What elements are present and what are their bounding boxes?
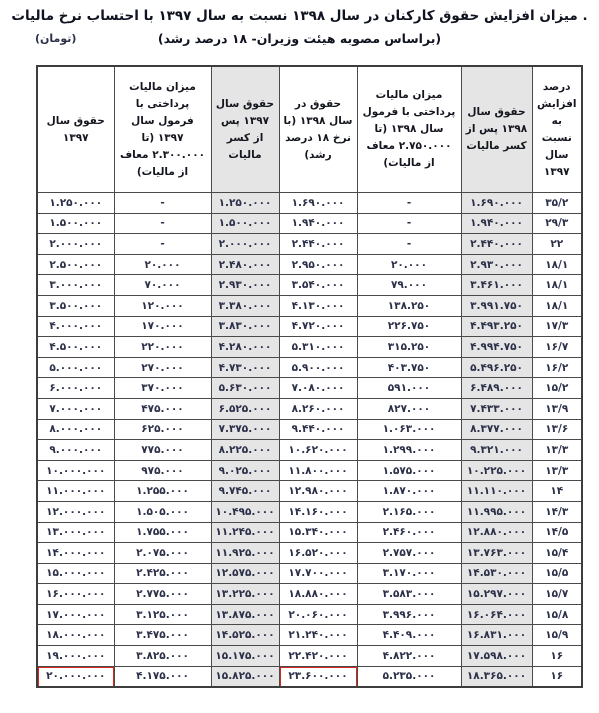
- cell-salary-1397: ۲۰.۰۰۰.۰۰۰: [37, 666, 114, 687]
- cell-tax-1398: ۲۲۶.۷۵۰: [357, 316, 461, 337]
- cell-tax-1397: ۳.۴۷۵.۰۰۰: [114, 625, 211, 646]
- cell-salary-1398: ۵.۳۱۰.۰۰۰: [279, 337, 357, 358]
- cell-tax-1397: ۲.۷۷۵.۰۰۰: [114, 584, 211, 605]
- cell-percent-increase: ۱۵/۲: [532, 378, 582, 399]
- cell-percent-increase: ۱۵/۹: [532, 625, 582, 646]
- cell-tax-1397: ۱.۵۰۵.۰۰۰: [114, 501, 211, 522]
- cell-net-salary-1397: ۱۴.۵۲۵.۰۰۰: [211, 625, 279, 646]
- cell-net-salary-1397: ۸.۲۲۵.۰۰۰: [211, 440, 279, 461]
- cell-salary-1397: ۹.۰۰۰.۰۰۰: [37, 440, 114, 461]
- cell-tax-1397: ۲۲۰.۰۰۰: [114, 337, 211, 358]
- cell-salary-1397: ۱۲.۰۰۰.۰۰۰: [37, 501, 114, 522]
- cell-tax-1398: ۳.۱۷۰.۰۰۰: [357, 563, 461, 584]
- cell-tax-1398: ۱.۲۹۹.۰۰۰: [357, 440, 461, 461]
- subtitle-row: (براساس مصوبه هیئت وزیران- ۱۸ درصد رشد) …: [0, 31, 599, 55]
- cell-percent-increase: ۱۵/۷: [532, 584, 582, 605]
- cell-net-salary-1398: ۲.۴۴۰.۰۰۰: [461, 234, 532, 255]
- cell-salary-1397: ۱۴.۰۰۰.۰۰۰: [37, 543, 114, 564]
- cell-salary-1397: ۱.۲۵۰.۰۰۰: [37, 193, 114, 214]
- cell-salary-1397: ۲.۰۰۰.۰۰۰: [37, 234, 114, 255]
- cell-salary-1398: ۱۱.۸۰۰.۰۰۰: [279, 460, 357, 481]
- cell-tax-1397: -: [114, 234, 211, 255]
- cell-salary-1398: ۲۲.۴۲۰.۰۰۰: [279, 646, 357, 667]
- cell-net-salary-1397: ۱۰.۴۹۵.۰۰۰: [211, 501, 279, 522]
- cell-salary-1398: ۳.۵۴۰.۰۰۰: [279, 275, 357, 296]
- cell-salary-1397: ۱۹.۰۰۰.۰۰۰: [37, 646, 114, 667]
- cell-tax-1398: ۳.۵۸۳.۰۰۰: [357, 584, 461, 605]
- cell-salary-1398: ۱.۶۹۰.۰۰۰: [279, 193, 357, 214]
- cell-net-salary-1398: ۶.۴۸۹.۰۰۰: [461, 378, 532, 399]
- cell-percent-increase: ۱۶/۲: [532, 357, 582, 378]
- table-row: ۱۳/۶۸.۳۷۷.۰۰۰۱.۰۶۳.۰۰۰۹.۴۴۰.۰۰۰۷.۳۷۵.۰۰۰…: [37, 419, 582, 440]
- table-body: ۳۵/۲۱.۶۹۰.۰۰۰-۱.۶۹۰.۰۰۰۱.۲۵۰.۰۰۰-۱.۲۵۰.۰…: [37, 193, 582, 688]
- cell-net-salary-1397: ۲.۰۰۰.۰۰۰: [211, 234, 279, 255]
- cell-percent-increase: ۳۵/۲: [532, 193, 582, 214]
- cell-net-salary-1397: ۴.۷۳۰.۰۰۰: [211, 357, 279, 378]
- cell-percent-increase: ۲۹/۳: [532, 213, 582, 234]
- cell-tax-1398: ۴.۴۰۹.۰۰۰: [357, 625, 461, 646]
- cell-tax-1397: ۴.۱۷۵.۰۰۰: [114, 666, 211, 687]
- cell-net-salary-1397: ۱۱.۹۲۵.۰۰۰: [211, 543, 279, 564]
- table-row: ۱۵/۴۱۳.۷۶۳.۰۰۰۲.۷۵۷.۰۰۰۱۶.۵۲۰.۰۰۰۱۱.۹۲۵.…: [37, 543, 582, 564]
- cell-salary-1397: ۸.۰۰۰.۰۰۰: [37, 419, 114, 440]
- cell-net-salary-1398: ۱۵.۲۹۷.۰۰۰: [461, 584, 532, 605]
- cell-salary-1397: ۱.۵۰۰.۰۰۰: [37, 213, 114, 234]
- cell-net-salary-1397: ۱.۵۰۰.۰۰۰: [211, 213, 279, 234]
- cell-tax-1398: -: [357, 193, 461, 214]
- cell-percent-increase: ۱۵/۴: [532, 543, 582, 564]
- cell-net-salary-1398: ۱۷.۵۹۸.۰۰۰: [461, 646, 532, 667]
- cell-net-salary-1398: ۱۱.۹۹۵.۰۰۰: [461, 501, 532, 522]
- page-title: . میزان افزایش حقوق کارکنان در سال ۱۳۹۸ …: [8, 8, 591, 24]
- cell-tax-1397: ۴۷۵.۰۰۰: [114, 398, 211, 419]
- table-row: ۱۵/۷۱۵.۲۹۷.۰۰۰۳.۵۸۳.۰۰۰۱۸.۸۸۰.۰۰۰۱۳.۲۲۵.…: [37, 584, 582, 605]
- cell-percent-increase: ۱۶: [532, 666, 582, 687]
- cell-salary-1397: ۴.۰۰۰.۰۰۰: [37, 316, 114, 337]
- cell-net-salary-1398: ۱۴.۵۳۰.۰۰۰: [461, 563, 532, 584]
- cell-salary-1398: ۲۰.۰۶۰.۰۰۰: [279, 604, 357, 625]
- cell-salary-1397: ۱۷.۰۰۰.۰۰۰: [37, 604, 114, 625]
- cell-percent-increase: ۱۷/۳: [532, 316, 582, 337]
- cell-tax-1398: -: [357, 213, 461, 234]
- cell-salary-1397: ۱۱.۰۰۰.۰۰۰: [37, 481, 114, 502]
- cell-salary-1397: ۵.۰۰۰.۰۰۰: [37, 357, 114, 378]
- cell-salary-1397: ۱۶.۰۰۰.۰۰۰: [37, 584, 114, 605]
- table-row: ۱۳/۳۱۰.۲۲۵.۰۰۰۱.۵۷۵.۰۰۰۱۱.۸۰۰.۰۰۰۹.۰۲۵.۰…: [37, 460, 582, 481]
- cell-tax-1397: ۷۷۵.۰۰۰: [114, 440, 211, 461]
- cell-salary-1398: ۱۰.۶۲۰.۰۰۰: [279, 440, 357, 461]
- cell-net-salary-1398: ۳.۴۶۱.۰۰۰: [461, 275, 532, 296]
- cell-net-salary-1397: ۱.۲۵۰.۰۰۰: [211, 193, 279, 214]
- document-page: . میزان افزایش حقوق کارکنان در سال ۱۳۹۸ …: [0, 8, 599, 713]
- cell-tax-1397: ۱.۲۵۵.۰۰۰: [114, 481, 211, 502]
- cell-tax-1398: ۳۱۵.۲۵۰: [357, 337, 461, 358]
- cell-salary-1398: ۱۶.۵۲۰.۰۰۰: [279, 543, 357, 564]
- table-row: ۱۸/۱۳.۹۹۱.۷۵۰۱۳۸.۲۵۰۴.۱۳۰.۰۰۰۳.۳۸۰.۰۰۰۱۲…: [37, 295, 582, 316]
- cell-tax-1398: ۱۳۸.۲۵۰: [357, 295, 461, 316]
- table-row: ۲۹/۳۱.۹۴۰.۰۰۰-۱.۹۴۰.۰۰۰۱.۵۰۰.۰۰۰-۱.۵۰۰.۰…: [37, 213, 582, 234]
- cell-tax-1397: ۲۷۰.۰۰۰: [114, 357, 211, 378]
- cell-net-salary-1397: ۱۵.۱۷۵.۰۰۰: [211, 646, 279, 667]
- cell-tax-1397: -: [114, 213, 211, 234]
- table-row: ۱۵/۲۶.۴۸۹.۰۰۰۵۹۱.۰۰۰۷.۰۸۰.۰۰۰۵.۶۳۰.۰۰۰۳۷…: [37, 378, 582, 399]
- cell-tax-1398: ۵۹۱.۰۰۰: [357, 378, 461, 399]
- column-header-salary-1398: حقوق در سال ۱۳۹۸ (با نرخ ۱۸ درصد رشد): [279, 66, 357, 193]
- cell-tax-1397: ۱۷۰.۰۰۰: [114, 316, 211, 337]
- cell-net-salary-1397: ۲.۹۳۰.۰۰۰: [211, 275, 279, 296]
- cell-tax-1397: ۷۰.۰۰۰: [114, 275, 211, 296]
- cell-tax-1398: ۲۰.۰۰۰: [357, 254, 461, 275]
- cell-tax-1397: ۲.۰۷۵.۰۰۰: [114, 543, 211, 564]
- cell-net-salary-1397: ۳.۸۳۰.۰۰۰: [211, 316, 279, 337]
- cell-net-salary-1397: ۶.۵۲۵.۰۰۰: [211, 398, 279, 419]
- cell-net-salary-1398: ۹.۳۲۱.۰۰۰: [461, 440, 532, 461]
- cell-tax-1397: ۳.۸۲۵.۰۰۰: [114, 646, 211, 667]
- cell-net-salary-1397: ۱۲.۵۷۵.۰۰۰: [211, 563, 279, 584]
- table-row: ۱۶۱۷.۵۹۸.۰۰۰۴.۸۲۲.۰۰۰۲۲.۴۲۰.۰۰۰۱۵.۱۷۵.۰۰…: [37, 646, 582, 667]
- cell-tax-1398: ۳.۹۹۶.۰۰۰: [357, 604, 461, 625]
- table-row: ۲۲۲.۴۴۰.۰۰۰-۲.۴۴۰.۰۰۰۲.۰۰۰.۰۰۰-۲.۰۰۰.۰۰۰: [37, 234, 582, 255]
- cell-tax-1397: ۳۷۰.۰۰۰: [114, 378, 211, 399]
- salary-increase-table: درصد افزایش به نسبت سال ۱۳۹۷ حقوق سال ۱۳…: [36, 65, 583, 688]
- cell-tax-1398: ۲.۴۶۰.۰۰۰: [357, 522, 461, 543]
- cell-salary-1398: ۲.۴۴۰.۰۰۰: [279, 234, 357, 255]
- cell-salary-1398: ۱۴.۱۶۰.۰۰۰: [279, 501, 357, 522]
- cell-net-salary-1398: ۱۳.۷۶۳.۰۰۰: [461, 543, 532, 564]
- header-row: درصد افزایش به نسبت سال ۱۳۹۷ حقوق سال ۱۳…: [37, 66, 582, 193]
- table-row: ۳۵/۲۱.۶۹۰.۰۰۰-۱.۶۹۰.۰۰۰۱.۲۵۰.۰۰۰-۱.۲۵۰.۰…: [37, 193, 582, 214]
- table-row: ۱۴۱۱.۱۱۰.۰۰۰۱.۸۷۰.۰۰۰۱۲.۹۸۰.۰۰۰۹.۷۴۵.۰۰۰…: [37, 481, 582, 502]
- cell-salary-1398: ۱۸.۸۸۰.۰۰۰: [279, 584, 357, 605]
- cell-percent-increase: ۱۳/۳: [532, 440, 582, 461]
- page-subtitle: (براساس مصوبه هیئت وزیران- ۱۸ درصد رشد): [0, 31, 599, 46]
- cell-tax-1398: ۵.۲۳۵.۰۰۰: [357, 666, 461, 687]
- cell-tax-1397: ۲.۴۲۵.۰۰۰: [114, 563, 211, 584]
- cell-net-salary-1398: ۳.۹۹۱.۷۵۰: [461, 295, 532, 316]
- column-header-tax-1397: میزان مالیات پرداختی با فرمول سال ۱۳۹۷ (…: [114, 66, 211, 193]
- cell-net-salary-1398: ۴.۹۹۴.۷۵۰: [461, 337, 532, 358]
- cell-salary-1397: ۷.۰۰۰.۰۰۰: [37, 398, 114, 419]
- cell-net-salary-1397: ۲.۴۸۰.۰۰۰: [211, 254, 279, 275]
- cell-net-salary-1398: ۱.۹۴۰.۰۰۰: [461, 213, 532, 234]
- cell-percent-increase: ۱۸/۱: [532, 295, 582, 316]
- table-row: ۱۷/۳۴.۴۹۳.۲۵۰۲۲۶.۷۵۰۴.۷۲۰.۰۰۰۳.۸۳۰.۰۰۰۱۷…: [37, 316, 582, 337]
- cell-tax-1397: ۲۰.۰۰۰: [114, 254, 211, 275]
- cell-salary-1397: ۲.۵۰۰.۰۰۰: [37, 254, 114, 275]
- cell-salary-1397: ۴.۵۰۰.۰۰۰: [37, 337, 114, 358]
- cell-salary-1398: ۲.۹۵۰.۰۰۰: [279, 254, 357, 275]
- cell-salary-1398: ۲۳.۶۰۰.۰۰۰: [279, 666, 357, 687]
- cell-tax-1398: ۴.۸۲۲.۰۰۰: [357, 646, 461, 667]
- table-row: ۱۴/۳۱۱.۹۹۵.۰۰۰۲.۱۶۵.۰۰۰۱۴.۱۶۰.۰۰۰۱۰.۴۹۵.…: [37, 501, 582, 522]
- cell-tax-1398: ۱.۰۶۳.۰۰۰: [357, 419, 461, 440]
- cell-salary-1397: ۱۸.۰۰۰.۰۰۰: [37, 625, 114, 646]
- cell-percent-increase: ۱۳/۶: [532, 419, 582, 440]
- cell-salary-1398: ۹.۴۴۰.۰۰۰: [279, 419, 357, 440]
- cell-tax-1398: ۱.۸۷۰.۰۰۰: [357, 481, 461, 502]
- cell-net-salary-1397: ۱۳.۲۲۵.۰۰۰: [211, 584, 279, 605]
- cell-net-salary-1397: ۱۳.۸۷۵.۰۰۰: [211, 604, 279, 625]
- table-row: ۱۵/۹۱۶.۸۳۱.۰۰۰۴.۴۰۹.۰۰۰۲۱.۲۴۰.۰۰۰۱۴.۵۲۵.…: [37, 625, 582, 646]
- table-row: ۱۵/۸۱۶.۰۶۴.۰۰۰۳.۹۹۶.۰۰۰۲۰.۰۶۰.۰۰۰۱۳.۸۷۵.…: [37, 604, 582, 625]
- cell-percent-increase: ۱۸/۱: [532, 275, 582, 296]
- cell-percent-increase: ۱۳/۹: [532, 398, 582, 419]
- cell-net-salary-1398: ۱۸.۳۶۵.۰۰۰: [461, 666, 532, 687]
- cell-net-salary-1398: ۱۰.۲۲۵.۰۰۰: [461, 460, 532, 481]
- cell-salary-1398: ۵.۹۰۰.۰۰۰: [279, 357, 357, 378]
- table-row: ۱۳/۹۷.۴۳۳.۰۰۰۸۲۷.۰۰۰۸.۲۶۰.۰۰۰۶.۵۲۵.۰۰۰۴۷…: [37, 398, 582, 419]
- cell-tax-1397: ۱۲۰.۰۰۰: [114, 295, 211, 316]
- cell-net-salary-1397: ۵.۶۳۰.۰۰۰: [211, 378, 279, 399]
- table-row: ۱۶/۲۵.۴۹۶.۲۵۰۴۰۳.۷۵۰۵.۹۰۰.۰۰۰۴.۷۳۰.۰۰۰۲۷…: [37, 357, 582, 378]
- column-header-percent-increase: درصد افزایش به نسبت سال ۱۳۹۷: [532, 66, 582, 193]
- cell-salary-1398: ۷.۰۸۰.۰۰۰: [279, 378, 357, 399]
- cell-percent-increase: ۱۵/۵: [532, 563, 582, 584]
- cell-salary-1398: ۲۱.۲۴۰.۰۰۰: [279, 625, 357, 646]
- cell-percent-increase: ۱۶: [532, 646, 582, 667]
- cell-salary-1397: ۱۵.۰۰۰.۰۰۰: [37, 563, 114, 584]
- table-row: ۱۳/۳۹.۳۲۱.۰۰۰۱.۲۹۹.۰۰۰۱۰.۶۲۰.۰۰۰۸.۲۲۵.۰۰…: [37, 440, 582, 461]
- cell-salary-1397: ۳.۵۰۰.۰۰۰: [37, 295, 114, 316]
- cell-tax-1398: ۸۲۷.۰۰۰: [357, 398, 461, 419]
- cell-salary-1397: ۱۳.۰۰۰.۰۰۰: [37, 522, 114, 543]
- cell-salary-1397: ۳.۰۰۰.۰۰۰: [37, 275, 114, 296]
- cell-salary-1397: ۶.۰۰۰.۰۰۰: [37, 378, 114, 399]
- cell-tax-1397: ۳.۱۲۵.۰۰۰: [114, 604, 211, 625]
- cell-salary-1398: ۸.۲۶۰.۰۰۰: [279, 398, 357, 419]
- cell-net-salary-1398: ۱۱.۱۱۰.۰۰۰: [461, 481, 532, 502]
- cell-tax-1398: ۲.۷۵۷.۰۰۰: [357, 543, 461, 564]
- column-header-salary-1397: حقوق سال ۱۳۹۷: [37, 66, 114, 193]
- cell-percent-increase: ۱۴/۳: [532, 501, 582, 522]
- cell-percent-increase: ۱۸/۱: [532, 254, 582, 275]
- cell-net-salary-1398: ۱.۶۹۰.۰۰۰: [461, 193, 532, 214]
- column-header-net-salary-1397: حقوق سال ۱۳۹۷ پس از کسر مالیات: [211, 66, 279, 193]
- cell-percent-increase: ۲۲: [532, 234, 582, 255]
- table-row: ۱۶۱۸.۳۶۵.۰۰۰۵.۲۳۵.۰۰۰۲۳.۶۰۰.۰۰۰۱۵.۸۲۵.۰۰…: [37, 666, 582, 687]
- cell-salary-1398: ۱.۹۴۰.۰۰۰: [279, 213, 357, 234]
- cell-net-salary-1397: ۳.۳۸۰.۰۰۰: [211, 295, 279, 316]
- cell-net-salary-1397: ۱۱.۲۴۵.۰۰۰: [211, 522, 279, 543]
- cell-salary-1398: ۴.۱۳۰.۰۰۰: [279, 295, 357, 316]
- cell-net-salary-1398: ۵.۴۹۶.۲۵۰: [461, 357, 532, 378]
- column-header-tax-1398: میزان مالیات پرداختی با فرمول سال ۱۳۹۸ (…: [357, 66, 461, 193]
- cell-net-salary-1398: ۱۶.۸۳۱.۰۰۰: [461, 625, 532, 646]
- cell-net-salary-1398: ۱۲.۸۸۰.۰۰۰: [461, 522, 532, 543]
- table-row: ۱۸/۱۳.۴۶۱.۰۰۰۷۹.۰۰۰۳.۵۴۰.۰۰۰۲.۹۳۰.۰۰۰۷۰.…: [37, 275, 582, 296]
- cell-net-salary-1397: ۱۵.۸۲۵.۰۰۰: [211, 666, 279, 687]
- cell-tax-1397: ۹۷۵.۰۰۰: [114, 460, 211, 481]
- cell-percent-increase: ۱۴: [532, 481, 582, 502]
- cell-salary-1397: ۱۰.۰۰۰.۰۰۰: [37, 460, 114, 481]
- cell-net-salary-1397: ۹.۰۲۵.۰۰۰: [211, 460, 279, 481]
- cell-tax-1398: ۷۹.۰۰۰: [357, 275, 461, 296]
- column-header-net-salary-1398: حقوق سال ۱۳۹۸ پس از کسر مالیات: [461, 66, 532, 193]
- cell-net-salary-1397: ۹.۷۴۵.۰۰۰: [211, 481, 279, 502]
- table-row: ۱۴/۵۱۲.۸۸۰.۰۰۰۲.۴۶۰.۰۰۰۱۵.۳۴۰.۰۰۰۱۱.۲۴۵.…: [37, 522, 582, 543]
- table-row: ۱۵/۵۱۴.۵۳۰.۰۰۰۳.۱۷۰.۰۰۰۱۷.۷۰۰.۰۰۰۱۲.۵۷۵.…: [37, 563, 582, 584]
- cell-net-salary-1398: ۴.۴۹۳.۲۵۰: [461, 316, 532, 337]
- cell-tax-1397: -: [114, 193, 211, 214]
- currency-note: (تومان): [35, 32, 76, 45]
- cell-net-salary-1397: ۷.۳۷۵.۰۰۰: [211, 419, 279, 440]
- cell-salary-1398: ۱۷.۷۰۰.۰۰۰: [279, 563, 357, 584]
- cell-salary-1398: ۱۲.۹۸۰.۰۰۰: [279, 481, 357, 502]
- cell-tax-1398: ۱.۵۷۵.۰۰۰: [357, 460, 461, 481]
- cell-tax-1398: ۲.۱۶۵.۰۰۰: [357, 501, 461, 522]
- cell-net-salary-1398: ۷.۴۳۳.۰۰۰: [461, 398, 532, 419]
- cell-tax-1398: -: [357, 234, 461, 255]
- cell-net-salary-1398: ۸.۳۷۷.۰۰۰: [461, 419, 532, 440]
- table-row: ۱۸/۱۲.۹۳۰.۰۰۰۲۰.۰۰۰۲.۹۵۰.۰۰۰۲.۴۸۰.۰۰۰۲۰.…: [37, 254, 582, 275]
- cell-percent-increase: ۱۴/۵: [532, 522, 582, 543]
- cell-tax-1397: ۶۲۵.۰۰۰: [114, 419, 211, 440]
- cell-net-salary-1398: ۲.۹۳۰.۰۰۰: [461, 254, 532, 275]
- cell-percent-increase: ۱۵/۸: [532, 604, 582, 625]
- cell-tax-1397: ۱.۷۵۵.۰۰۰: [114, 522, 211, 543]
- cell-percent-increase: ۱۶/۷: [532, 337, 582, 358]
- cell-salary-1398: ۱۵.۳۴۰.۰۰۰: [279, 522, 357, 543]
- cell-tax-1398: ۴۰۳.۷۵۰: [357, 357, 461, 378]
- cell-salary-1398: ۴.۷۲۰.۰۰۰: [279, 316, 357, 337]
- table-row: ۱۶/۷۴.۹۹۴.۷۵۰۳۱۵.۲۵۰۵.۳۱۰.۰۰۰۴.۲۸۰.۰۰۰۲۲…: [37, 337, 582, 358]
- cell-percent-increase: ۱۳/۳: [532, 460, 582, 481]
- cell-net-salary-1398: ۱۶.۰۶۴.۰۰۰: [461, 604, 532, 625]
- cell-net-salary-1397: ۴.۲۸۰.۰۰۰: [211, 337, 279, 358]
